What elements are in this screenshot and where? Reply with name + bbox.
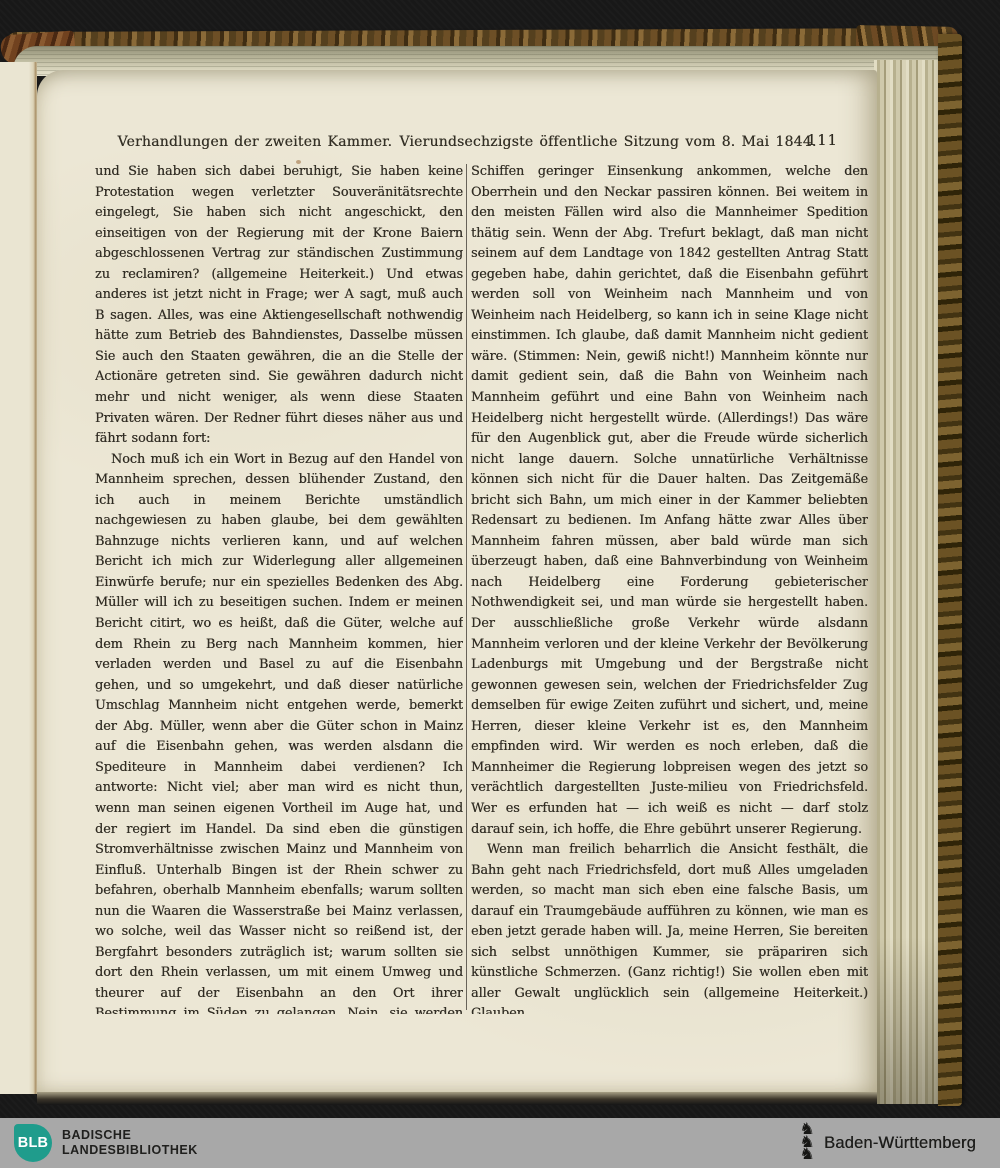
foxing-spot (296, 160, 301, 164)
running-head: Verhandlungen der zweiten Kammer. Vierun… (95, 134, 839, 150)
state-branding: ♞ ♞ ♞ Baden-Württemberg (800, 1124, 976, 1162)
library-name-line2: LANDESBIBLIOTHEK (62, 1143, 198, 1158)
blb-logo-icon: BLB (14, 1124, 52, 1162)
book-fore-edge-pages (874, 60, 938, 1104)
page-bottom-shadow (37, 1092, 877, 1105)
book-right-cover-edge (938, 34, 962, 1106)
lion-glyph: ♞ (799, 1149, 815, 1162)
library-name-line1: BADISCHE (62, 1128, 198, 1143)
left-page-sliver (0, 62, 37, 1094)
paragraph: Noch muß ich ein Wort in Bezug auf den H… (95, 450, 463, 1014)
text-columns: und Sie haben sich dabei beruhigt, Sie h… (95, 162, 868, 1014)
page-content: Verhandlungen der zweiten Kammer. Vierun… (37, 70, 877, 1092)
state-name: Baden-Württemberg (824, 1134, 976, 1153)
bw-three-lions-icon: ♞ ♞ ♞ (800, 1124, 814, 1162)
paragraph: Schiffen geringer Einsenkung ankommen, w… (471, 162, 868, 840)
book-scan-photo: Verhandlungen der zweiten Kammer. Vierun… (0, 0, 1000, 1118)
page-number: 111 (807, 133, 838, 149)
book-page: Verhandlungen der zweiten Kammer. Vierun… (37, 70, 877, 1092)
right-column: Schiffen geringer Einsenkung ankommen, w… (471, 162, 868, 1014)
left-column: und Sie haben sich dabei beruhigt, Sie h… (95, 162, 463, 1014)
paragraph: Wenn man freilich beharrlich die Ansicht… (471, 840, 868, 1014)
library-footer-bar: BLB BADISCHE LANDESBIBLIOTHEK ♞ ♞ ♞ Bade… (0, 1118, 1000, 1168)
library-name: BADISCHE LANDESBIBLIOTHEK (62, 1128, 198, 1158)
paragraph: und Sie haben sich dabei beruhigt, Sie h… (95, 162, 463, 450)
